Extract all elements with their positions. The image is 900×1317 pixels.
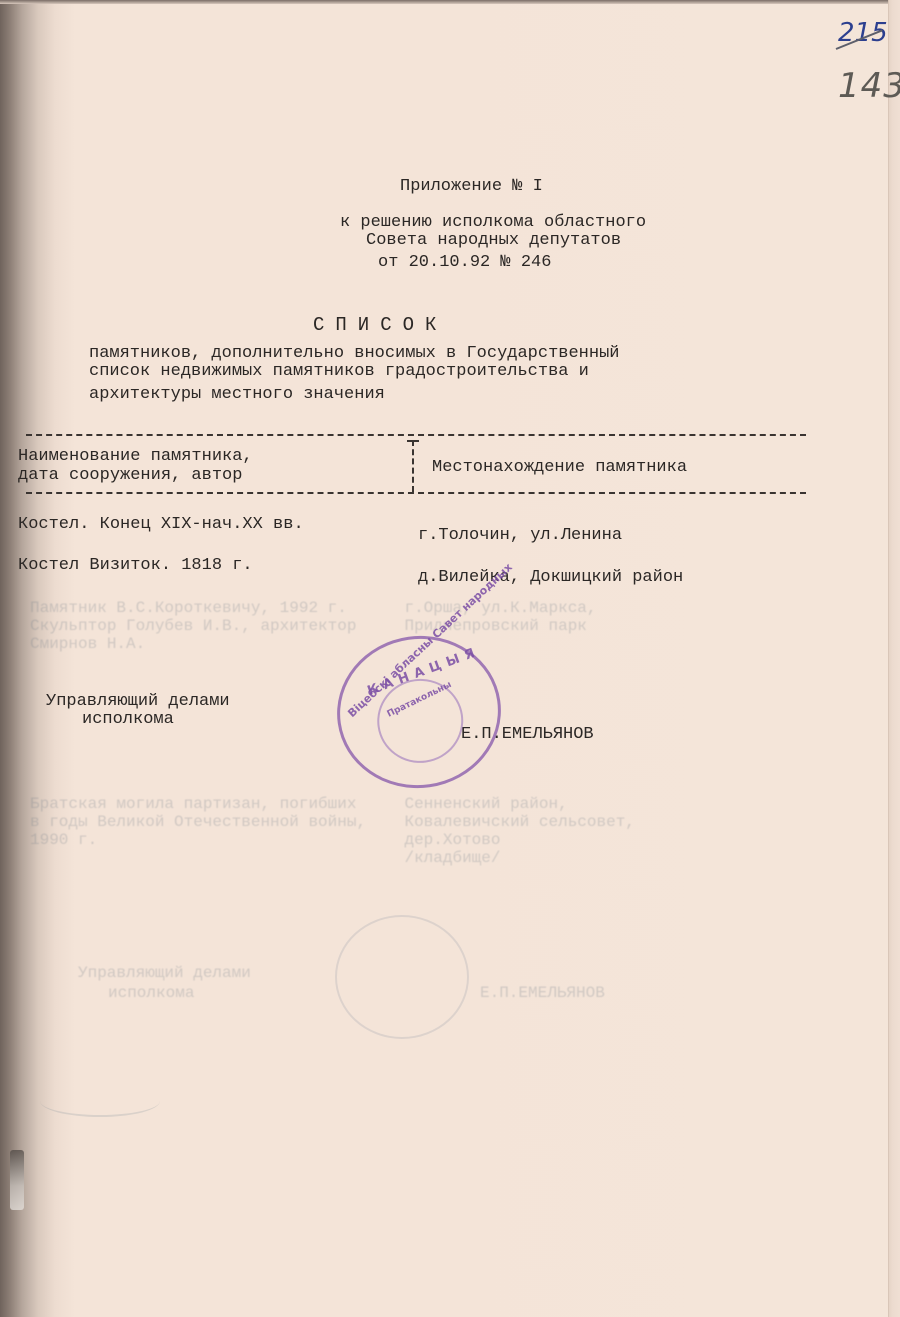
document-title: СПИСОК: [313, 316, 447, 334]
decision-reference-line-2: Совета народных депутатов: [366, 232, 621, 250]
stamp-inner-text: Пратакольны: [386, 680, 454, 720]
decision-reference-line-1: к решению исполкома областного: [340, 214, 646, 232]
page-top-edge: [0, 0, 900, 4]
column-header-location: Местонахождение памятника: [432, 459, 687, 477]
appendix-label: Приложение № I: [400, 178, 543, 196]
bleed-through-row: Скульптор Голубев И.В., архитектор Придн…: [30, 618, 587, 635]
signatory-role: исполкома: [82, 711, 174, 729]
table-header-rule: [26, 492, 806, 494]
bleed-through-signature-name: Е.П.ЕМЕЛЬЯНОВ: [480, 985, 605, 1002]
official-stamp: Віцебскі абласны Савет народных КАНАЦЫЯ …: [327, 625, 511, 798]
folio-number: 143: [838, 66, 900, 106]
bleed-through-handwritten-signature: [40, 1085, 160, 1117]
bleed-through-signature-role: Управляющий делами: [78, 965, 251, 982]
bleed-through-row: в годы Великой Отечественной войны, Кова…: [30, 814, 635, 831]
document-subtitle-line: архитектуры местного значения: [89, 386, 385, 404]
table-top-rule: [26, 434, 806, 436]
column-header-name: Наименование памятника,: [18, 448, 253, 466]
signatory-role: Управляющий делами: [46, 693, 230, 711]
table-cell-name: Костел. Конец XIX-нач.XX вв.: [18, 516, 304, 534]
bleed-through-row: 1990 г. дер.Хотово: [30, 832, 500, 849]
bleed-through-row: Смирнов Н.А.: [30, 636, 145, 653]
document-page: 215 143 Памятник В.С.Короткевичу, 1992 г…: [0, 0, 900, 1317]
column-separator: [412, 440, 414, 492]
bleed-through-stamp: [335, 915, 469, 1039]
bleed-through-signature-role-2: исполкома: [108, 985, 194, 1002]
document-subtitle-line: список недвижимых памятников градостроит…: [89, 363, 589, 381]
table-cell-name: Костел Визиток. 1818 г.: [18, 557, 253, 575]
bleed-through-row: Братская могила партизан, погибших Сенне…: [30, 796, 568, 813]
binding-clip: [10, 1150, 24, 1210]
decision-date-number: от 20.10.92 № 246: [378, 254, 551, 272]
table-cell-location: д.Вилейка, Докшицкий район: [418, 569, 683, 587]
bleed-through-row: /кладбище/: [30, 850, 500, 867]
page-right-edge: [888, 0, 900, 1317]
document-subtitle-line: памятников, дополнительно вносимых в Гос…: [89, 345, 620, 363]
bleed-through-row: Памятник В.С.Короткевичу, 1992 г. г.Орша…: [30, 600, 597, 617]
table-cell-location: г.Толочин, ул.Ленина: [418, 527, 622, 545]
column-header-name: дата сооружения, автор: [18, 467, 242, 485]
